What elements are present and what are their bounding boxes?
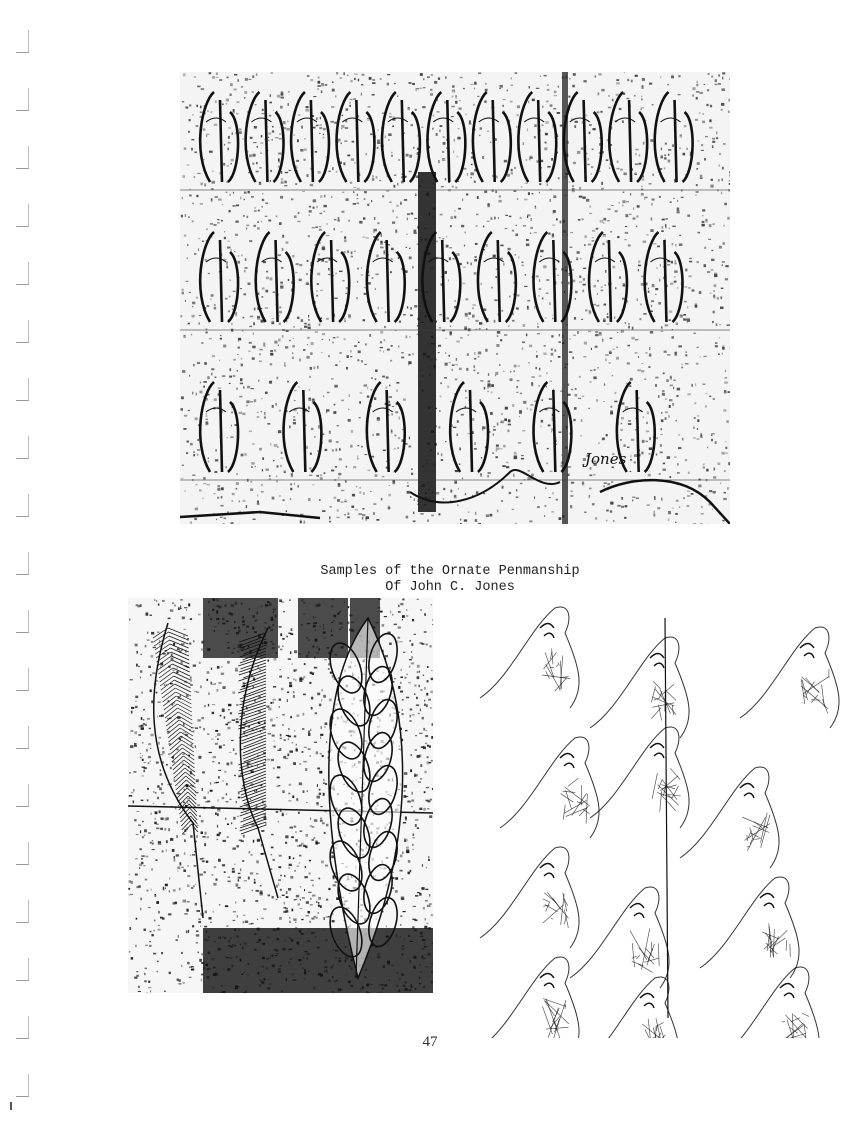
feather-flourish-sample bbox=[128, 598, 433, 993]
caption-line-1: Samples of the Ornate Penmanship bbox=[250, 564, 650, 580]
bird-flourish-sample bbox=[470, 598, 860, 1038]
caption-line-2: Of John C. Jones bbox=[250, 580, 650, 596]
svg-text:Jones: Jones bbox=[582, 450, 627, 468]
ornate-lettering-sample: Jones bbox=[180, 72, 730, 524]
figure-caption: Samples of the Ornate Penmanship Of John… bbox=[250, 564, 650, 596]
page-number: 47 bbox=[405, 1034, 455, 1051]
binding-hole-marks bbox=[0, 0, 40, 1122]
